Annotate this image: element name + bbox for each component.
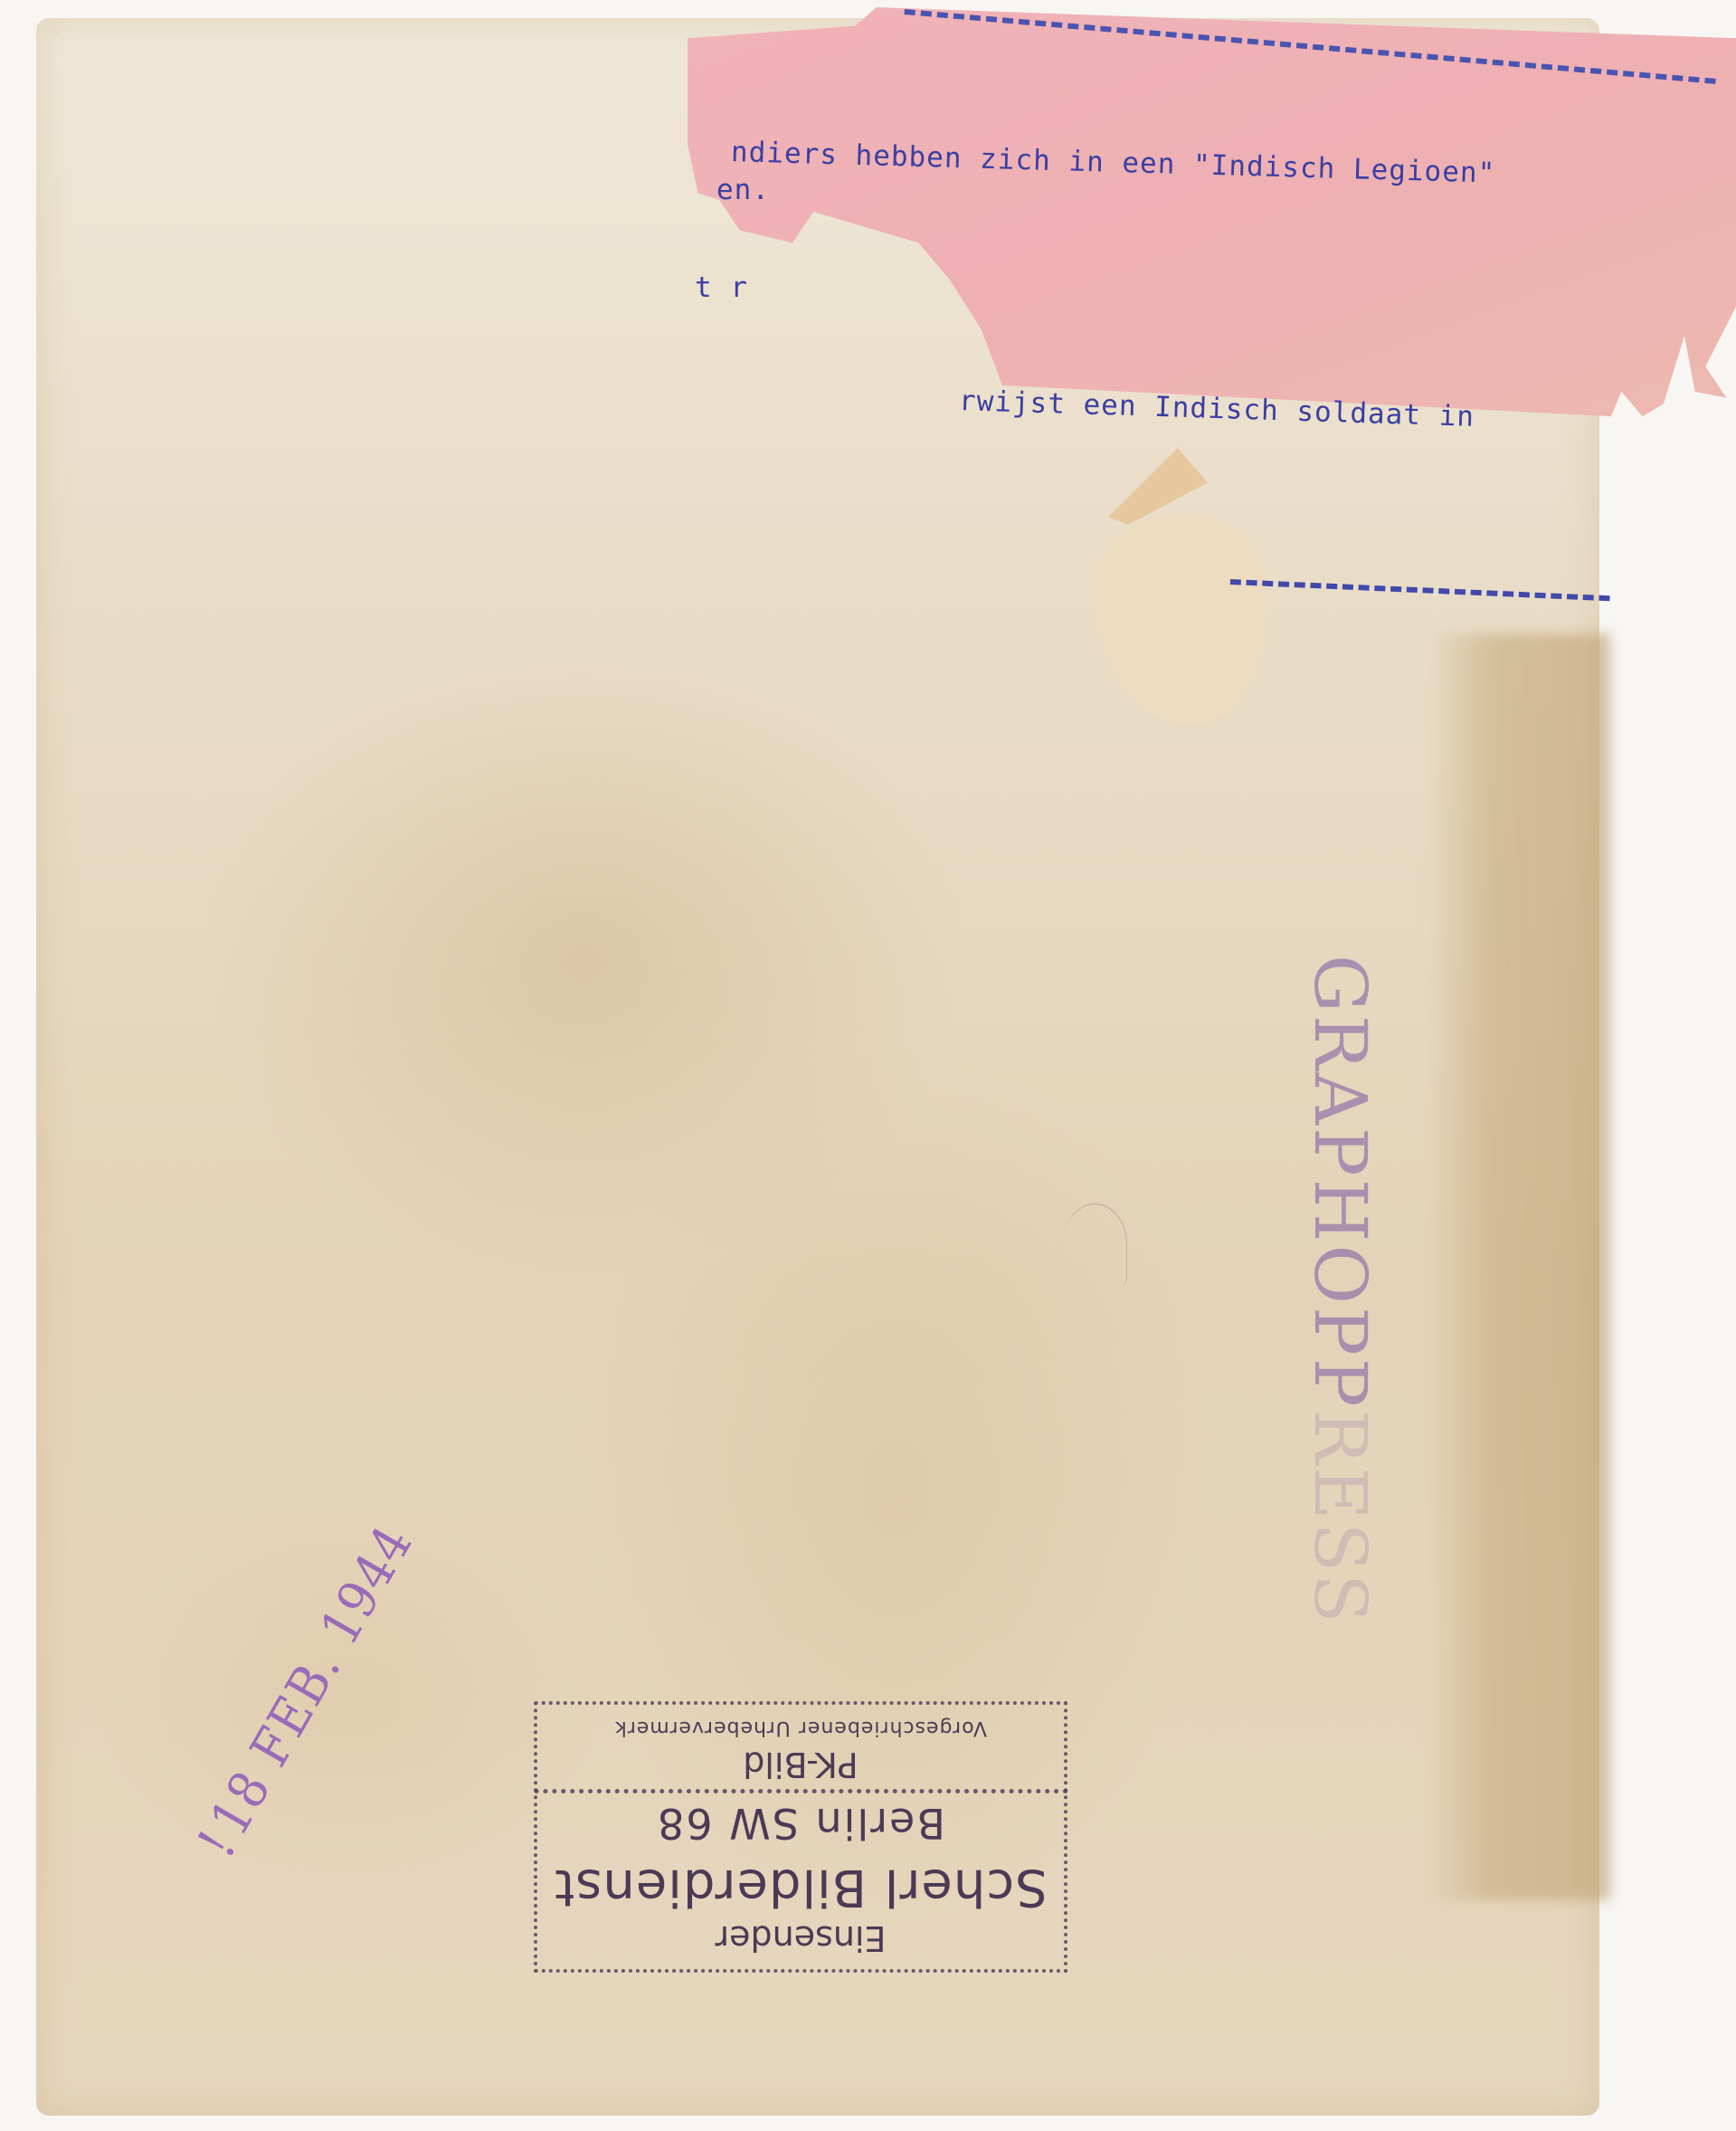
graphopress-stamp-faded: RESS: [1298, 1410, 1382, 1626]
graphopress-stamp-main: GRAPHOPP: [1298, 955, 1382, 1410]
water-stain: [1429, 633, 1610, 1900]
sender-stamp-divider: [534, 1789, 1067, 1793]
caption-line: en.: [716, 174, 770, 206]
sender-stamp-label: Einsender: [534, 1918, 1067, 1958]
sender-stamp-category: PK-Bild: [534, 1745, 1067, 1784]
graphopress-stamp: GRAPHOPPRESS: [1298, 955, 1382, 1626]
sender-stamp-note: Vorgeschriebener Urhebervermerk: [534, 1717, 1067, 1739]
sender-stamp-address: Berlin SW 68: [534, 1799, 1067, 1848]
sender-stamp: Einsender Scherl Bilderdienst Berlin SW …: [534, 1701, 1067, 1973]
pencil-mark: [1063, 1203, 1127, 1286]
caption-line: t r: [695, 271, 748, 304]
sender-stamp-agency: Scherl Bilderdienst: [534, 1858, 1067, 1917]
corner-curl: [38, 20, 60, 38]
